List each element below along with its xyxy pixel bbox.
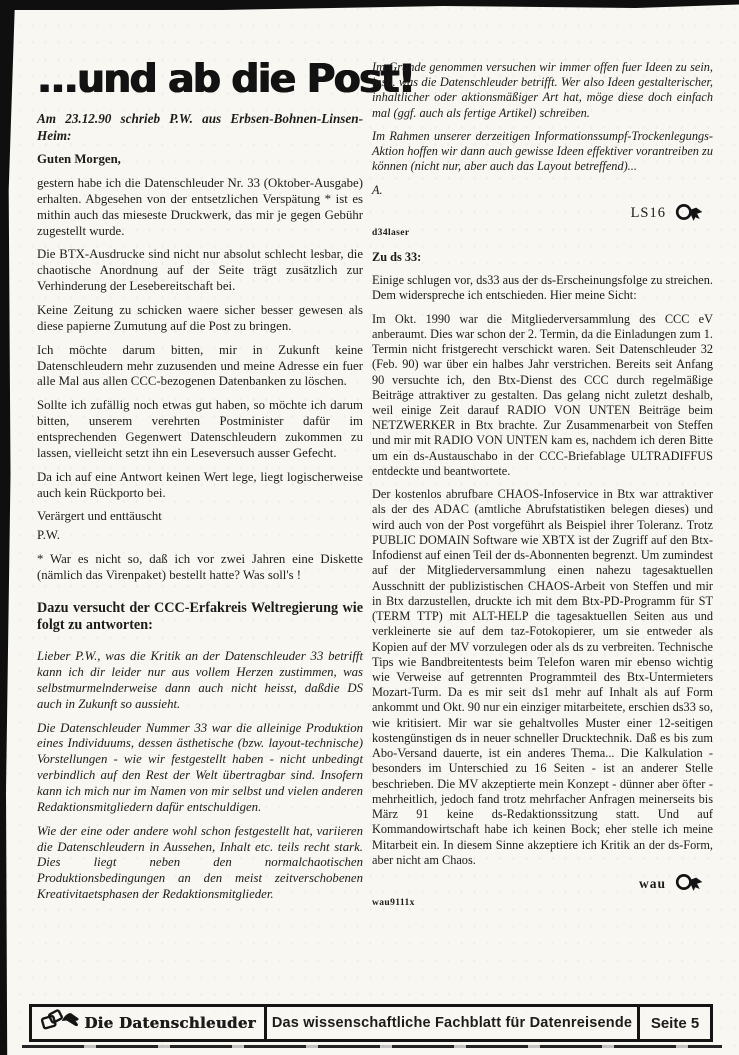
scan-edge-left (0, 0, 15, 1055)
ds33-paragraph: Einige schlugen vor, ds33 aus der ds-Ers… (372, 273, 713, 303)
letter-paragraph: Da ich auf eine Antwort keinen Wert lege… (37, 470, 363, 502)
footer-tagline: Das wissenschaftliche Fachblatt für Date… (272, 1015, 632, 1031)
footer-tagline-cell: Das wissenschaftliche Fachblatt für Date… (264, 1004, 640, 1042)
file-tag-top: d34laser (372, 228, 713, 240)
letter-paragraph: gestern habe ich die Datenschleuder Nr. … (37, 176, 363, 239)
letter-footnote: * War es nicht so, daß ich vor zwei Jahr… (37, 552, 363, 584)
reply-heading: Dazu versucht der CCC-Erfakreis Weltregi… (37, 600, 363, 635)
ls16-signature-row: LS16 (372, 202, 713, 226)
wau-signature-row: wau (372, 872, 713, 896)
footer-page-cell: Seite 5 (637, 1004, 713, 1042)
letter-signature: P.W. (37, 528, 363, 544)
reply-paragraph: Die Datenschleuder Nummer 33 war die all… (37, 721, 363, 816)
letter-salutation: Guten Morgen, (37, 152, 363, 168)
scan-edge-top (0, 0, 739, 10)
scan-smudge-bottom (22, 1045, 722, 1048)
signature-wau: wau (639, 876, 666, 893)
reply-paragraph: Wie der eine oder andere wohl schon fest… (37, 824, 363, 903)
manicule-disk-icon (675, 872, 705, 896)
letter-closing: Verärgert und enttäuscht (37, 509, 363, 525)
ds33-subheading: Zu ds 33: (372, 250, 713, 265)
ds33-paragraph: Der kostenlos abrufbare CHAOS-Infoservic… (372, 487, 713, 868)
footer-brand-cell: Die Datenschleuder (29, 1004, 267, 1042)
reply-paragraph: Lieber P.W., was die Kritik an der Daten… (37, 649, 363, 712)
letter-paragraph: Ich möchte darum bitten, mir in Zukunft … (37, 343, 363, 391)
footer-brand-title: Die Datenschleuder (84, 1014, 256, 1032)
article-headline: ...und ab die Post! (37, 56, 363, 104)
letter-paragraph: Keine Zeitung zu schicken waere sicher b… (37, 303, 363, 335)
signature-a: A. (372, 183, 713, 198)
footer-page-number: Seite 5 (651, 1015, 699, 1032)
zine-page: ...und ab die Post! Am 23.12.90 schrieb … (0, 0, 739, 1055)
letter-byline: Am 23.12.90 schrieb P.W. aus Erbsen-Bohn… (37, 111, 363, 144)
signature-ls16: LS16 (631, 205, 666, 223)
page-footer: Die Datenschleuder Das wissenschaftliche… (29, 1004, 713, 1042)
editor-note-paragraph: Im Grunde genommen versuchen wir immer o… (372, 60, 713, 121)
file-tag-bottom: wau9111x (372, 898, 713, 910)
letter-paragraph: Sollte ich zufällig noch etwas gut haben… (37, 398, 363, 461)
manicule-disk-icon (675, 202, 705, 226)
ds33-paragraph: Im Okt. 1990 war die Mitgliederversammlu… (372, 312, 713, 480)
editor-note-paragraph: Im Rahmen unserer derzeitigen Informatio… (372, 129, 713, 175)
left-column: ...und ab die Post! Am 23.12.90 schrieb … (37, 56, 363, 911)
right-column: Im Grunde genommen versuchen wir immer o… (372, 60, 713, 910)
letter-paragraph: Die BTX-Ausdrucke sind nicht nur absolut… (37, 247, 363, 295)
datenschleuder-logo-icon (40, 1008, 80, 1039)
